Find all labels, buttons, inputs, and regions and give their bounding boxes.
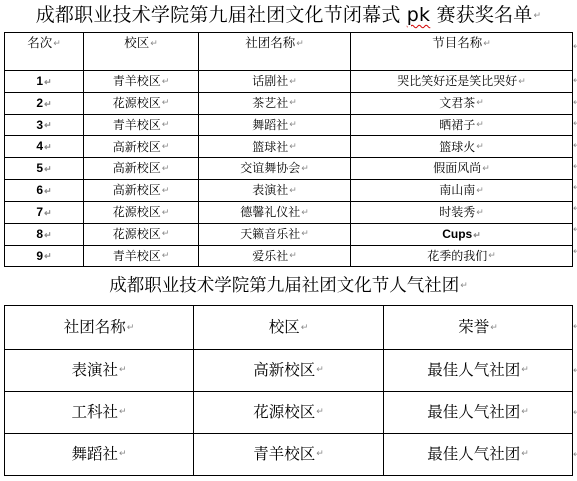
club-cell: 工科社↵ bbox=[5, 391, 194, 433]
table-row: 工科社↵ 花源校区↵ 最佳人气社团↵ bbox=[5, 391, 573, 433]
table-row: 6↵ 高新校区↵ 表演社↵ 南山南↵ bbox=[5, 180, 573, 202]
campus-cell: 青羊校区↵ bbox=[194, 433, 384, 475]
program-cell: 南山南↵ bbox=[351, 180, 573, 202]
row-end-mark-icon: ↵ bbox=[573, 163, 577, 172]
honor-cell: 最佳人气社团↵ bbox=[384, 391, 573, 433]
program-cell: 假面风尚↵ bbox=[351, 158, 573, 180]
program-cell: Cups↵ bbox=[351, 223, 573, 245]
row-end-mark-icon: ↵ bbox=[573, 205, 577, 214]
table-row: 5↵ 高新校区↵ 交谊舞协会↵ 假面风尚↵ bbox=[5, 158, 573, 180]
club-cell: 舞蹈社↵ bbox=[199, 114, 351, 136]
program-cell: 时装秀↵ bbox=[351, 201, 573, 223]
rank-cell: 6↵ bbox=[5, 180, 84, 202]
club-cell: 爱乐社↵ bbox=[199, 245, 351, 267]
table-row: 表演社↵ 高新校区↵ 最佳人气社团↵ bbox=[5, 349, 573, 391]
row-end-mark-icon: ↵ bbox=[573, 248, 577, 257]
row-end-mark-icon: ↵ bbox=[573, 142, 577, 151]
row-end-mark-icon: ↵ bbox=[573, 184, 577, 193]
rank-cell: 8↵ bbox=[5, 223, 84, 245]
row-end-mark-icon: ↵ bbox=[573, 409, 577, 418]
rank-cell: 7↵ bbox=[5, 201, 84, 223]
header-campus: 校区↵ bbox=[84, 33, 199, 71]
awards-table-header-row: 名次↵ 校区↵ 社团名称↵ 节目名称↵ bbox=[5, 33, 573, 71]
row-end-mark-icon: ↵ bbox=[573, 451, 577, 460]
campus-cell: 花源校区↵ bbox=[84, 92, 199, 114]
header-rank: 名次↵ bbox=[5, 33, 84, 71]
table-row: 3↵ 青羊校区↵ 舞蹈社↵ 晒裙子↵ bbox=[5, 114, 573, 136]
campus-cell: 花源校区↵ bbox=[194, 391, 384, 433]
row-end-mark-icon: ↵ bbox=[573, 367, 577, 376]
club-cell: 交谊舞协会↵ bbox=[199, 158, 351, 180]
cell-mark-icon: ↵ bbox=[296, 39, 304, 49]
header-honor: 荣誉↵ bbox=[384, 306, 573, 350]
paragraph-mark-icon: ↵ bbox=[460, 281, 468, 291]
header-club: 社团名称↵ bbox=[5, 306, 194, 350]
table-row: 7↵ 花源校区↵ 德馨礼仪社↵ 时装秀↵ bbox=[5, 201, 573, 223]
popular-clubs-title-text: 成都职业技术学院第九届社团文化节人气社团 bbox=[109, 276, 459, 296]
cell-mark-icon: ↵ bbox=[150, 39, 158, 49]
campus-cell: 高新校区↵ bbox=[194, 349, 384, 391]
table-row: 1↵ 青羊校区↵ 话剧社↵ 哭比笑好还是笑比哭好↵ bbox=[5, 71, 573, 93]
club-cell: 德馨礼仪社↵ bbox=[199, 201, 351, 223]
table-row: 4↵ 高新校区↵ 篮球社↵ 篮球火↵ bbox=[5, 136, 573, 158]
program-cell: 篮球火↵ bbox=[351, 136, 573, 158]
campus-cell: 高新校区↵ bbox=[84, 158, 199, 180]
club-cell: 茶艺社↵ bbox=[199, 92, 351, 114]
program-cell: 花季的我们↵ bbox=[351, 245, 573, 267]
table-row: 9↵ 青羊校区↵ 爱乐社↵ 花季的我们↵ bbox=[5, 245, 573, 267]
rank-cell: 3↵ bbox=[5, 114, 84, 136]
rank-cell: 1↵ bbox=[5, 71, 84, 93]
awards-title-pk-spellcheck: pk bbox=[407, 4, 430, 26]
header-campus: 校区↵ bbox=[194, 306, 384, 350]
row-end-mark-icon: ↵ bbox=[573, 77, 577, 86]
row-end-mark-icon: ↵ bbox=[573, 99, 577, 108]
rank-cell: 5↵ bbox=[5, 158, 84, 180]
campus-cell: 青羊校区↵ bbox=[84, 114, 199, 136]
popular-clubs-table: 社团名称↵ 校区↵ 荣誉↵ 表演社↵ 高新校区↵ 最佳人气社团↵ 工科社↵ 花源… bbox=[4, 305, 573, 476]
club-cell: 话剧社↵ bbox=[199, 71, 351, 93]
row-end-mark-icon: ↵ bbox=[573, 43, 577, 52]
cell-mark-icon: ↵ bbox=[53, 39, 61, 49]
row-end-mark-icon: ↵ bbox=[573, 226, 577, 235]
cell-mark-icon: ↵ bbox=[483, 39, 491, 49]
honor-cell: 最佳人气社团↵ bbox=[384, 433, 573, 475]
awards-title-text-end: 赛获奖名单 bbox=[430, 4, 532, 26]
table-row: 8↵ 花源校区↵ 天籁音乐社↵ Cups↵ bbox=[5, 223, 573, 245]
awards-table: 名次↵ 校区↵ 社团名称↵ 节目名称↵ 1↵ 青羊校区↵ 话剧社↵ 哭比笑好还是… bbox=[4, 32, 573, 267]
campus-cell: 花源校区↵ bbox=[84, 201, 199, 223]
campus-cell: 花源校区↵ bbox=[84, 223, 199, 245]
honor-cell: 最佳人气社团↵ bbox=[384, 349, 573, 391]
row-end-mark-icon: ↵ bbox=[573, 323, 577, 332]
program-cell: 文君茶↵ bbox=[351, 92, 573, 114]
rank-cell: 9↵ bbox=[5, 245, 84, 267]
table-row: 2↵ 花源校区↵ 茶艺社↵ 文君茶↵ bbox=[5, 92, 573, 114]
popular-table-header-row: 社团名称↵ 校区↵ 荣誉↵ bbox=[5, 306, 573, 350]
popular-clubs-title: 成都职业技术学院第九届社团文化节人气社团↵ bbox=[0, 274, 577, 298]
club-cell: 舞蹈社↵ bbox=[5, 433, 194, 475]
program-cell: 哭比笑好还是笑比哭好↵ bbox=[351, 71, 573, 93]
club-cell: 表演社↵ bbox=[5, 349, 194, 391]
campus-cell: 高新校区↵ bbox=[84, 180, 199, 202]
campus-cell: 青羊校区↵ bbox=[84, 245, 199, 267]
campus-cell: 青羊校区↵ bbox=[84, 71, 199, 93]
rank-cell: 4↵ bbox=[5, 136, 84, 158]
rank-cell: 2↵ bbox=[5, 92, 84, 114]
paragraph-mark-icon: ↵ bbox=[534, 11, 542, 21]
header-club: 社团名称↵ bbox=[199, 33, 351, 71]
club-cell: 天籁音乐社↵ bbox=[199, 223, 351, 245]
row-end-mark-icon: ↵ bbox=[573, 120, 577, 129]
awards-title: 成都职业技术学院第九届社团文化节闭幕式 pk 赛获奖名单↵ bbox=[0, 3, 577, 28]
table-row: 舞蹈社↵ 青羊校区↵ 最佳人气社团↵ bbox=[5, 433, 573, 475]
header-program: 节目名称↵ bbox=[351, 33, 573, 71]
campus-cell: 高新校区↵ bbox=[84, 136, 199, 158]
awards-title-text: 成都职业技术学院第九届社团文化节闭幕式 bbox=[36, 4, 407, 26]
program-cell: 晒裙子↵ bbox=[351, 114, 573, 136]
club-cell: 表演社↵ bbox=[199, 180, 351, 202]
club-cell: 篮球社↵ bbox=[199, 136, 351, 158]
